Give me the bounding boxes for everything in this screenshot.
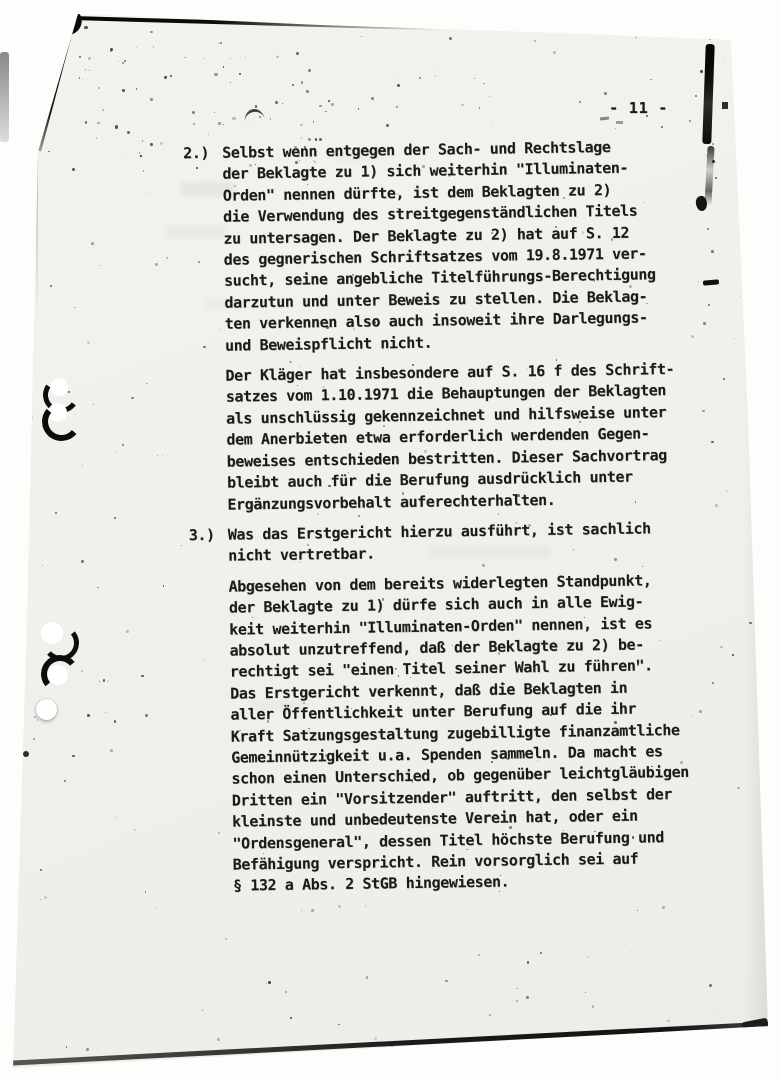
scan-speck [124,60,126,62]
scan-speck [89,70,90,71]
scan-speck [93,404,94,405]
scan-speck [740,296,741,297]
scan-speck [110,749,113,752]
scan-speck [361,36,362,37]
scan-speck [296,52,299,55]
right-edge-dot [722,102,728,109]
scan-speck [50,285,52,287]
scan-speck [232,117,235,120]
scan-speck [720,646,723,649]
scan-speck [126,630,129,633]
corner-fold-mark [51,5,86,38]
scan-speck [34,716,36,718]
scan-speck [127,131,130,134]
scan-speck [325,111,327,113]
scan-speck [146,383,147,384]
scan-speck [300,124,303,127]
scan-speck [313,121,314,122]
scan-speck [217,1038,220,1041]
scan-speck [87,341,90,344]
scan-speck [150,98,153,101]
scan-speck [107,680,109,682]
scan-speck [527,961,529,963]
scan-speck [579,101,580,102]
scan-speck [116,452,118,454]
scan-speck [276,56,279,59]
scan-speck [203,58,204,59]
scan-speck [445,980,447,982]
scan-speck [734,338,735,339]
scan-speck [435,75,437,77]
scan-speck [122,444,124,446]
scan-speck [635,1051,636,1052]
scan-speck [461,104,464,107]
scan-speck [97,587,99,589]
section-marker: 2.) [183,143,216,516]
scan-speck [689,120,691,122]
scan-speck [88,57,91,60]
scan-speck [615,128,616,129]
scan-speck [534,40,536,42]
scan-speck [118,61,119,62]
scan-speck [390,979,391,980]
scan-speck [736,141,737,142]
scan-speck [157,455,158,456]
scan-speck [28,271,30,273]
scan-speck [140,155,141,156]
scan-speck [239,73,241,75]
scan-speck [715,177,717,179]
scan-speck [134,829,136,831]
scan-speck [97,122,100,125]
scan-speck [489,96,490,97]
page-number-ghost-dash [600,117,609,121]
scan-speck [105,712,106,713]
scan-speck [716,1011,717,1012]
scan-speck [306,90,309,93]
scan-speck [282,103,283,104]
scan-speck [125,154,126,155]
right-edge-shade [744,60,770,1040]
scan-edge-top [70,16,442,30]
section: 3.)Was das Erstgericht hierzu ausführt, … [189,517,724,898]
paragraph: Was das Erstgericht hierzu ausführt, ist… [228,517,720,567]
scan-speck [245,57,246,58]
scan-speck [750,194,753,197]
scan-speck [604,92,607,95]
scan-speck [274,51,275,52]
scan-speck [700,70,703,73]
scan-speck [170,75,172,77]
scan-speck [338,1024,340,1026]
scan-speck [218,42,220,44]
scan-speck [48,151,49,152]
paragraph: Abgesehen von dem bereits widerlegten St… [228,569,724,897]
scan-speck [34,216,35,217]
scan-speck [102,109,104,111]
scan-speck [102,659,103,660]
scan-speck [81,670,83,672]
scan-speck [358,108,360,110]
scan-speck [122,89,125,92]
scan-speck [625,944,626,945]
scan-speck [478,954,480,956]
scan-speck [32,417,33,418]
scan-speck [160,142,163,145]
scan-speck [474,78,475,79]
scan-speck [732,654,734,656]
scan-speck [214,112,215,113]
scan-speck [40,869,43,872]
scan-speck [70,40,71,41]
scanner-edge-smudge [0,52,9,142]
scan-speck [475,1045,478,1048]
scan-speck [308,69,311,72]
scan-speck [150,31,153,34]
scan-speck [131,397,134,400]
scan-speck [139,152,141,154]
scan-speck [540,952,542,954]
scan-speck [662,970,663,971]
scan-speck [285,991,288,994]
scan-speck [99,265,100,266]
scan-speck [449,37,452,40]
scan-speck [365,905,367,907]
scan-speck [98,87,100,89]
scan-speck [526,996,529,999]
scan-speck [86,1048,89,1051]
scan-speck [66,1046,67,1047]
scan-speck [145,891,147,893]
scan-speck [33,738,35,740]
scan-speck [44,896,47,899]
section-paragraphs: Was das Erstgericht hierzu ausführt, ist… [228,517,724,897]
scan-speck [592,1005,595,1008]
document-body: 2.)Selbst wenn entgegen der Sach- und Re… [183,135,724,907]
handwritten-tilde-mark [243,108,264,123]
scan-speck [149,193,150,194]
scan-speck [103,679,105,681]
scan-speck [142,140,143,141]
scan-speck [79,56,81,58]
scan-edge-left-diagonal [37,15,77,151]
scan-speck [85,121,88,124]
scan-speck [396,106,398,108]
scan-speck [156,907,157,908]
scan-speck [292,84,294,86]
scan-speck [667,1020,669,1022]
scan-speck [74,307,75,308]
paragraph: Selbst wenn entgegen der Sach- und Recht… [222,135,716,356]
scan-speck [371,97,374,100]
scan-speck [255,105,257,107]
scan-speck [82,79,83,80]
scan-speck [91,242,94,245]
scan-speck [661,126,663,128]
scan-speck [479,107,481,109]
scan-speck [223,66,224,67]
scan-speck [202,1010,203,1011]
scan-speck [266,983,267,984]
scan-speck [635,36,638,39]
scan-speck [163,149,164,150]
scan-speck [319,105,321,107]
scan-speck [391,1045,394,1048]
scan-speck [82,465,83,466]
punch-hole [36,699,57,720]
scan-speck [145,714,148,717]
scan-speck [150,143,153,146]
scan-speck [26,270,28,272]
scan-speck [163,585,165,587]
scan-speck [311,909,314,912]
scan-speck [84,26,87,29]
scan-speck [40,899,41,900]
scan-speck [193,123,195,125]
scan-speck [301,137,302,138]
punch-hole-shadow [40,400,82,442]
scan-speck [724,59,726,61]
scan-speck [87,714,90,717]
scan-speck [114,720,116,722]
scan-speck [222,124,224,126]
scan-edge-bottom [4,1021,780,1066]
scan-speck [637,910,638,911]
scan-speck [737,787,739,789]
scan-speck [220,42,222,44]
scan-speck [328,100,330,102]
scan-speck [338,905,341,908]
scan-speck [110,48,113,51]
scan-speck [756,590,757,591]
scan-speck [28,182,30,184]
scan-speck [116,817,118,819]
scan-speck [386,124,389,127]
page-number-ghost-dash [616,121,623,124]
scan-speck [301,81,303,83]
scan-speck [122,62,124,64]
scan-speck [709,38,711,40]
scan-background: - 11 - 2.)Selbst wenn entgegen der Sach-… [0,0,780,1080]
scan-speck [81,560,83,562]
scan-speck [489,1014,491,1016]
scan-speck [64,780,66,782]
scan-speck [72,755,75,758]
scan-speck [702,1037,704,1039]
scan-speck [722,1037,724,1039]
scan-speck [115,125,118,128]
page-number: - 11 - [609,99,668,117]
scan-speck [676,1038,678,1040]
scan-speck [23,751,29,757]
scan-speck [605,1045,607,1047]
scan-speck [141,675,143,677]
scan-edge-top-faint [440,24,680,32]
scan-speck [192,111,195,114]
scan-speck [587,956,589,958]
scan-speck [491,121,493,123]
scan-speck [726,490,728,492]
scan-speck [162,455,163,456]
scan-speck [214,73,217,76]
scan-speck [114,517,116,519]
scan-speck [136,88,138,90]
scan-speck [366,976,368,978]
scan-speck [225,938,228,941]
scan-speck [419,77,421,79]
scan-speck [85,69,86,70]
scan-speck [585,992,586,993]
scan-speck [99,681,100,682]
scan-speck [374,1037,377,1040]
scan-speck [727,1060,730,1063]
scan-speck [136,47,137,48]
scan-speck [181,545,182,546]
scan-speck [208,134,209,135]
scan-speck [166,257,168,259]
scan-speck [517,988,518,989]
scan-speck [397,84,400,87]
scan-speck [230,58,231,59]
scan-speck [42,565,43,566]
scan-speck [290,1017,291,1018]
section-paragraphs: Selbst wenn entgegen der Sach- und Recht… [222,135,718,515]
scan-speck [143,170,144,171]
scan-speck [230,82,231,83]
scan-speck [275,101,278,104]
scan-speck [516,1000,518,1002]
scan-speck [37,719,38,720]
scan-speck [553,51,556,54]
scan-speck [662,906,665,909]
scan-speck [650,79,652,81]
scan-speck [218,122,221,125]
scan-speck [55,512,57,514]
scan-speck [483,83,485,85]
paragraph: Der Kläger hat insbesondere auf S. 16 f … [225,358,718,515]
scan-speck [709,984,712,987]
scan-speck [331,103,334,106]
scan-speck [79,77,80,78]
section-marker: 3.) [189,525,222,898]
punch-hole [48,665,68,685]
scan-speck [394,78,395,79]
scan-speck [72,168,75,171]
scan-edge-left-faint [36,150,38,320]
section: 2.)Selbst wenn entgegen der Sach- und Re… [183,135,718,516]
scan-speck [723,378,725,380]
scan-speck [96,137,97,138]
scan-speck [433,69,434,70]
scan-speck [301,910,302,911]
scan-speck [270,118,271,119]
scan-speck [695,95,697,97]
scan-speck [155,263,158,266]
scan-speck [268,981,271,984]
right-edge-streak [702,44,714,144]
document-page: - 11 - 2.)Selbst wenn entgegen der Sach-… [0,0,780,1080]
scan-speck [153,46,154,47]
